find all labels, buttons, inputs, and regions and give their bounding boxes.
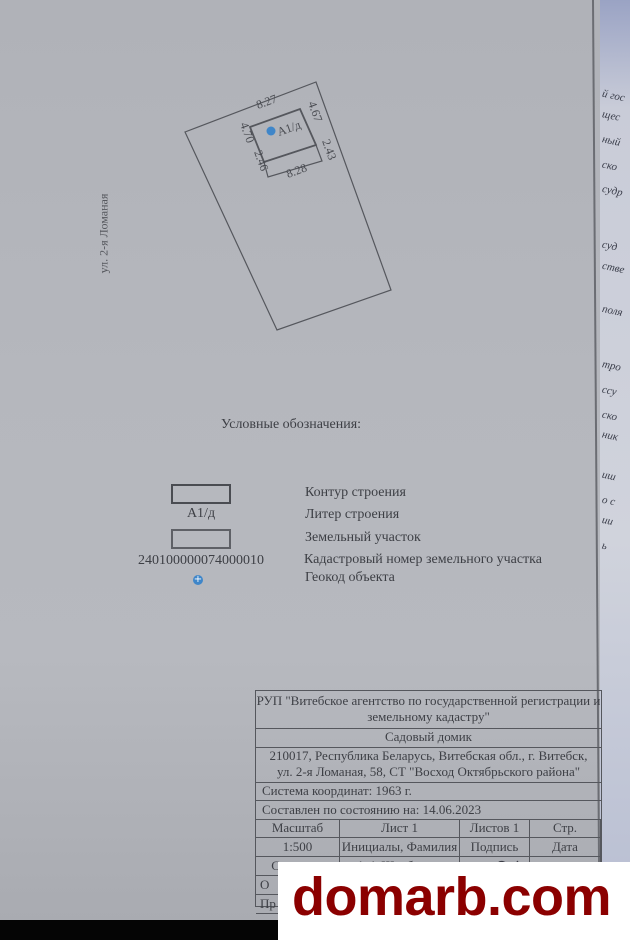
underlying-text-fragment: ь	[601, 540, 608, 553]
organization-line-2: земельному кадастру"	[256, 709, 601, 725]
sheet-label: Лист 1	[340, 819, 460, 838]
dim-right-upper: 4.67	[305, 99, 325, 124]
underlying-text-fragment: иш	[601, 469, 617, 484]
underlying-text-fragment: ско	[601, 409, 618, 424]
watermark-text: domarb.com	[292, 866, 611, 928]
scale-value: 1:500	[256, 838, 340, 857]
scale-label: Масштаб	[256, 819, 340, 838]
legend-label-literal: Литер строения	[305, 507, 399, 523]
dim-right-lower: 2.43	[319, 137, 339, 162]
date-label: Дата	[530, 838, 601, 857]
legend-label-geocode: Геокод объекта	[305, 570, 395, 586]
legend-literal-symbol: А1/д	[171, 506, 231, 522]
page-label: Стр.	[530, 819, 601, 838]
address: 210017, Республика Беларусь, Витебская о…	[256, 748, 601, 783]
legend-label-building-outline: Контур строения	[305, 485, 406, 501]
organization-line-1: РУП "Витебское агентство по государствен…	[256, 693, 601, 709]
dim-bottom: 8.28	[284, 160, 309, 180]
legend-land-plot-symbol	[171, 529, 231, 549]
legend-geocode-icon: +	[193, 575, 203, 585]
organization: РУП "Витебское агентство по государствен…	[256, 693, 601, 729]
signature-label: Подпись	[460, 838, 530, 857]
legend-label-cadastral: Кадастровый номер земельного участка	[304, 552, 542, 568]
geocode-icon	[267, 127, 276, 136]
watermark: domarb.com	[278, 862, 630, 940]
legend-label-land-plot: Земельный участок	[305, 530, 421, 546]
dim-top: 8.27	[254, 91, 279, 111]
as-of-date: Составлен по состоянию на: 14.06.2023	[256, 802, 601, 820]
object-type: Садовый домик	[256, 729, 601, 748]
initials-label: Инициалы, Фамилия	[340, 838, 460, 857]
sheets-label: Листов 1	[460, 819, 530, 838]
underlying-text-fragment: о с	[601, 494, 616, 508]
legend-cadastral-number: 240100000074000010	[130, 553, 272, 569]
underlying-text-fragment: ник	[601, 428, 619, 443]
dim-left-upper: 4.70	[237, 120, 257, 145]
photo-bottom-edge	[0, 920, 278, 940]
underlying-text-fragment: ии	[601, 514, 614, 528]
land-plot-boundary	[185, 82, 391, 330]
address-line-2: ул. 2-я Ломаная, 58, СТ "Восход Октябрьс…	[256, 764, 601, 780]
dim-left-lower: 2.46	[251, 148, 271, 173]
site-plan: А1/д 8.27 8.28 4.70 2.46 4.67 2.43	[0, 0, 630, 400]
coordinate-system: Система координат: 1963 г.	[256, 783, 601, 801]
street-label: ул. 2-я Ломаная	[96, 194, 111, 274]
building-literal: А1/д	[275, 117, 302, 138]
address-line-1: 210017, Республика Беларусь, Витебская о…	[256, 748, 601, 764]
legend-title: Условные обозначения:	[221, 417, 361, 433]
legend-building-outline-symbol	[171, 484, 231, 504]
